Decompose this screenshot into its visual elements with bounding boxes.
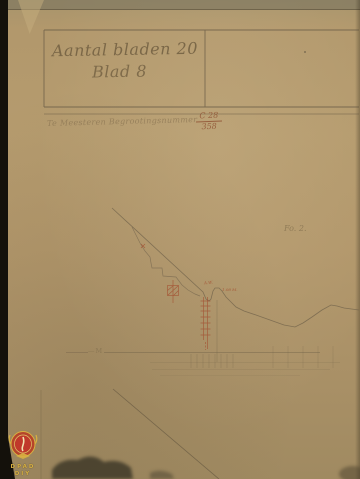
reference-number-fraction: C 28 358 bbox=[196, 112, 223, 132]
title-line-2: Blad 8 bbox=[92, 62, 147, 82]
reference-denominator: 358 bbox=[196, 122, 222, 132]
watermark-text-line1: DPAD bbox=[6, 464, 40, 471]
dpad-emblem-icon bbox=[6, 430, 40, 460]
ink-dot bbox=[304, 51, 306, 53]
terrain-profile-line bbox=[112, 208, 359, 327]
photographed-archive-document: Aantal bladen 20 Blad 8 Te Meesteren Beg… bbox=[0, 0, 360, 479]
ordinate-ticks-right bbox=[273, 346, 333, 368]
title-line-1: Aantal bladen 20 bbox=[52, 39, 198, 61]
ordinate-ticks-left bbox=[191, 354, 233, 368]
red-annotation-2: 1.08 M. bbox=[222, 287, 238, 292]
archive-watermark: DPAD DIY bbox=[6, 430, 40, 478]
baseline-datum-label: —M bbox=[88, 347, 103, 355]
stepped-slope-line bbox=[132, 227, 200, 296]
red-annotation-1: A.W. bbox=[204, 280, 213, 286]
watermark-text-line2: DIY bbox=[6, 471, 40, 478]
drawing-linework bbox=[0, 0, 360, 479]
red-structure-marks bbox=[141, 244, 211, 350]
figure-label: Fo. 2. bbox=[284, 224, 307, 233]
